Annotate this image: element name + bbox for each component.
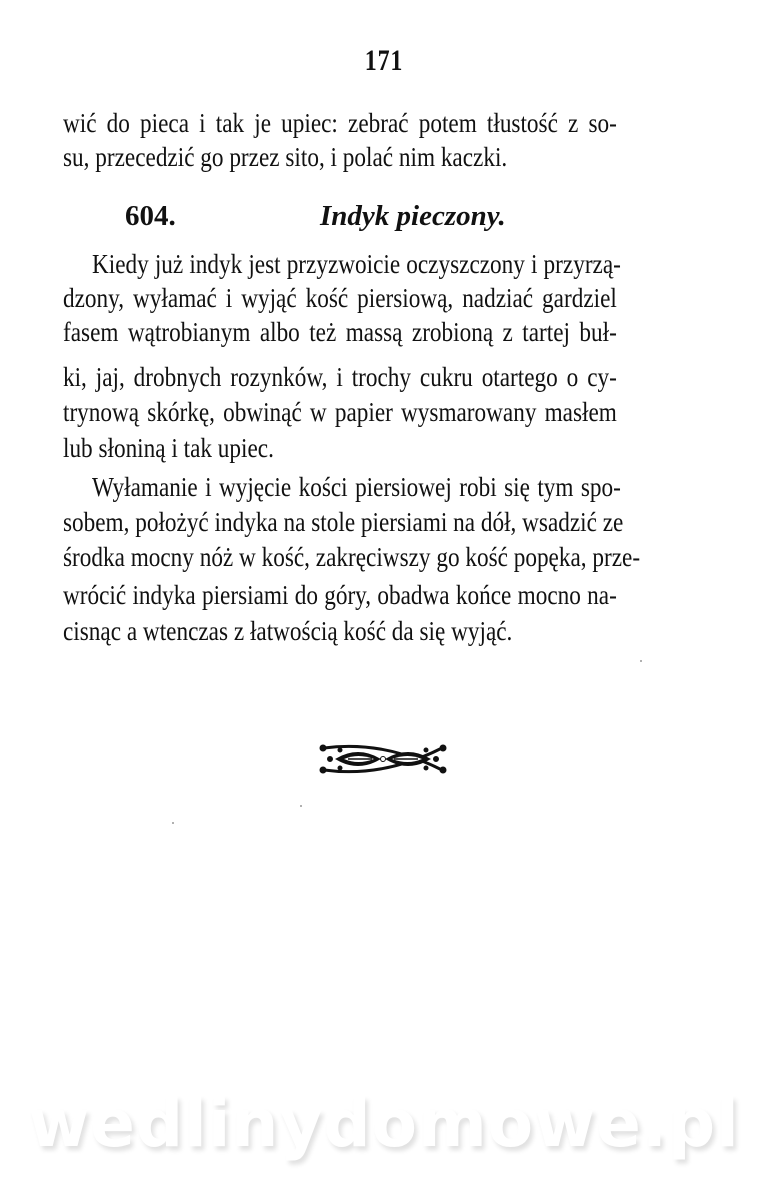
text-line: ki, jaj, drobnych rozynków, i trochy cuk… [63,362,617,392]
text-line: środka mocny nóż w kość, zakręciwszy go … [63,542,617,572]
text-line: dzony, wyłamać i wyjąć kość piersiową, n… [63,283,617,313]
text-line: sobem, położyć indyka na stole piersiami… [63,507,617,537]
recipe-title: Indyk pieczony. [320,200,506,233]
text-line: wić do pieca i tak je upiec: zebrać pote… [63,108,617,138]
text-line: su, przecedzić go przez sito, i polać ni… [63,142,617,172]
text-line: Kiedy już indyk jest przyzwoicie oczyszc… [92,249,621,279]
text-line: Wyłamanie i wyjęcie kości piersiowej rob… [92,472,621,502]
recipe-number: 604. [125,200,176,233]
paper-speck [640,660,642,662]
text-line: trynową skórkę, obwinąć w papier wysmaro… [63,397,617,427]
paper-speck [172,822,174,824]
recipe-heading: 604. Indyk pieczony. [125,200,645,236]
text-line: lub słoniną i tak upiec. [63,433,617,463]
text-line: cisnąc a wtenczas z łatwością kość da si… [63,616,617,646]
paper-speck [300,805,302,807]
watermark: wedlinydomowe.pl [0,1085,768,1162]
text-line: wrócić indyka piersiami do góry, obadwa … [63,580,617,610]
fleuron-ornament-icon [318,742,448,776]
text-line: fasem wątrobianym albo też massą zrobion… [63,317,617,347]
page-number: 171 [77,44,691,78]
